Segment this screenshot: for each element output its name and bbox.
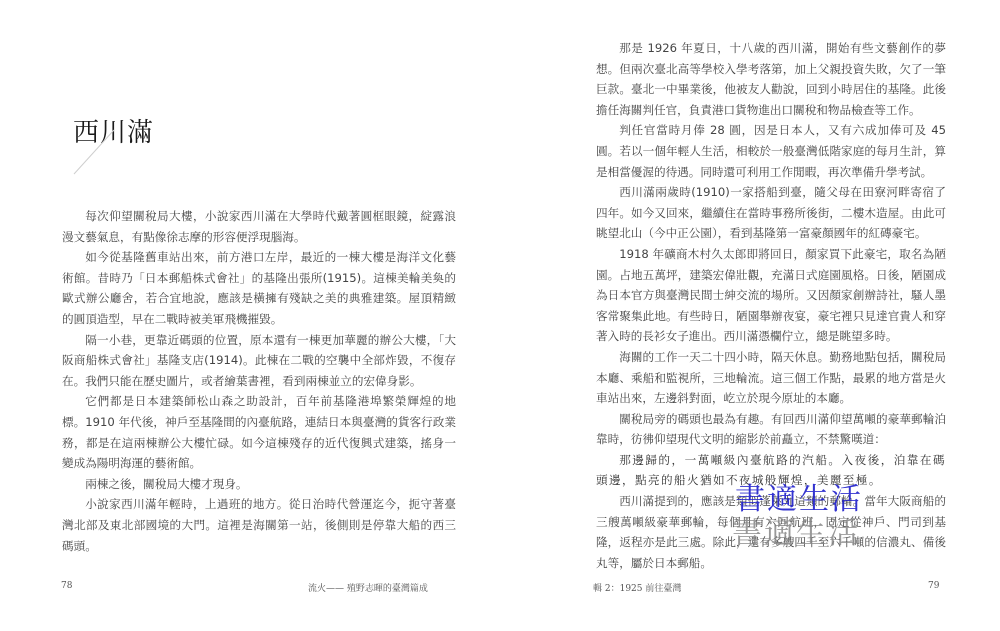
paragraph: 西川滿提到的，應該是類似蓬萊丸這類的郵輪。當年大阪商船的三艘萬噸級豪華郵輪，每個… xyxy=(596,491,946,573)
left-body-text: 每次仰望關稅局大樓，小說家西川滿在大學時代戴著圓框眼鏡，綻露浪漫文藝氣息，有點像… xyxy=(62,206,456,556)
paragraph: 那是 1926 年夏日，十八歲的西川滿，開始有些文藝創作的夢想。但兩次臺北高等學… xyxy=(596,38,946,120)
paragraph: 關稅局旁的碼頭也最為有趣。有回西川滿仰望萬噸的豪華郵輪泊靠時，彷彿仰望現代文明的… xyxy=(596,409,946,450)
page-number-left: 78 xyxy=(61,581,72,591)
page-number-right: 79 xyxy=(928,581,939,591)
paragraph: 西川滿兩歲時(1910)一家搭船到臺，隨父母在田寮河畔寄宿了四年。如今又回來，繼… xyxy=(596,182,946,244)
quoted-paragraph: 那邊歸的，一萬噸級內臺航路的汽船。入夜後，泊靠在碼頭邊，點亮的船火猶如不夜城般輝… xyxy=(596,450,946,491)
paragraph: 判任官當時月俸 28 圓，因是日本人，又有六成加俸可及 45 圓。若以一個年輕人… xyxy=(596,120,946,182)
paragraph: 海關的工作一天二十四小時，隔天休息。勤務地點包括，關稅局本廳、乘船和監視所，三地… xyxy=(596,347,946,409)
running-head-left: 流火—— 殖野志暉的臺灣篇成 xyxy=(308,581,428,594)
running-head-right: 輯 2：1925 前往臺灣 xyxy=(593,581,681,594)
right-page: 那是 1926 年夏日，十八歲的西川滿，開始有些文藝創作的夢想。但兩次臺北高等學… xyxy=(500,0,1000,631)
paragraph: 如今從基隆舊車站出來，前方港口左岸，最近的一棟大樓是海洋文化藝術館。昔時乃「日本… xyxy=(62,247,456,329)
right-body-text: 那是 1926 年夏日，十八歲的西川滿，開始有些文藝創作的夢想。但兩次臺北高等學… xyxy=(596,38,946,573)
left-page: 西川滿 每次仰望關稅局大樓，小說家西川滿在大學時代戴著圓框眼鏡，綻露浪漫文藝氣息… xyxy=(0,0,500,631)
decorative-slash-line xyxy=(70,128,118,176)
paragraph: 兩棟之後，關稅局大樓才現身。 xyxy=(62,474,456,495)
paragraph: 1918 年礦商木村久太郎即將回日，顏家買下此豪宅，取名為陋園。占地五萬坪，建築… xyxy=(596,244,946,347)
paragraph: 小說家西川滿年輕時，上過班的地方。從日治時代營運迄今，扼守著臺灣北部及東北部國境… xyxy=(62,494,456,556)
paragraph: 隔一小巷，更靠近碼頭的位置，原本還有一棟更加華麗的辦公大樓，「大阪商船株式會社」… xyxy=(62,330,456,392)
paragraph: 每次仰望關稅局大樓，小說家西川滿在大學時代戴著圓框眼鏡，綻露浪漫文藝氣息，有點像… xyxy=(62,206,456,247)
paragraph: 它們都是日本建築師松山森之助設計，百年前基隆港埠繁榮輝煌的地標。1910 年代後… xyxy=(62,391,456,473)
